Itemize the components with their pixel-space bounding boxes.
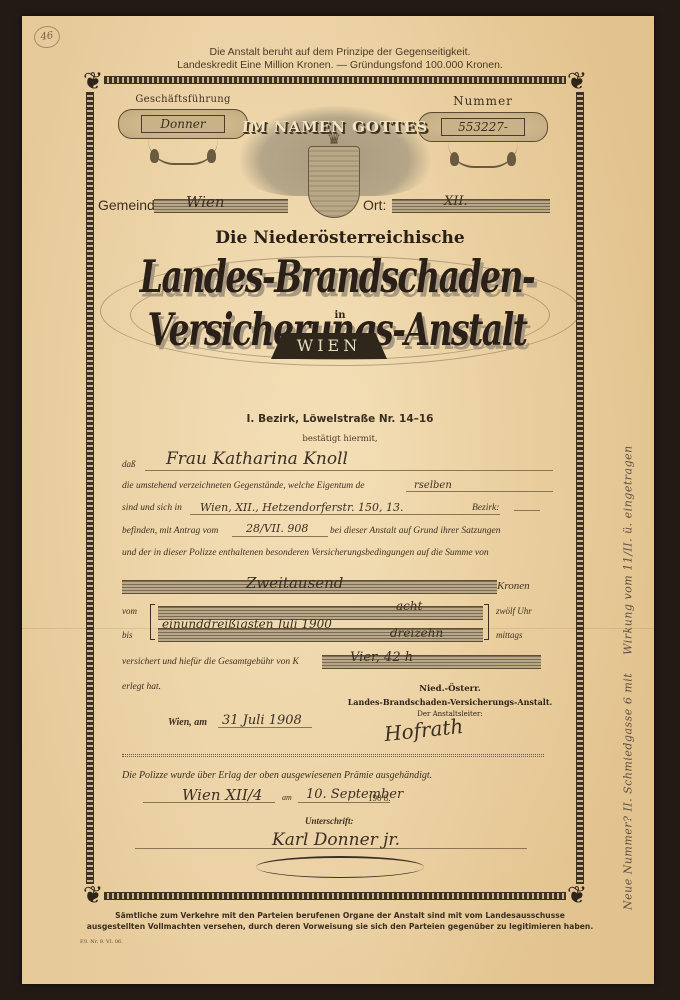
delivery-year: 190 8. xyxy=(368,793,391,803)
bracket-left xyxy=(150,604,155,640)
noon-label-2: mittags xyxy=(496,630,523,640)
fee-value: Vier, 42 h xyxy=(350,650,413,665)
cartouche-label: Nummer xyxy=(408,94,558,108)
corner-ornament-icon: ❦ xyxy=(80,68,106,94)
conditions-text: und der in dieser Polizze enthaltenen be… xyxy=(122,548,489,558)
ort-label: Ort: xyxy=(363,197,386,213)
bezirk-label: Bezirk: xyxy=(472,503,499,513)
frame-border-right xyxy=(576,92,584,884)
issue-place-label: Wien, am xyxy=(168,717,207,728)
tassel-ornament-icon xyxy=(148,139,218,165)
corner-ornament-icon: ❦ xyxy=(564,882,590,908)
ort-field xyxy=(392,199,550,213)
to-label: bis xyxy=(122,630,133,640)
bezirk-dash xyxy=(514,510,540,511)
corner-ornament-icon: ❦ xyxy=(564,68,590,94)
delivery-am-label: am xyxy=(282,793,292,802)
signature-label: Unterschrift: xyxy=(305,816,354,826)
cartouche-label: Geschäftsführung xyxy=(108,94,258,105)
frame-border-top xyxy=(104,76,566,84)
delivery-place: Wien XII/4 xyxy=(182,786,262,804)
paid-label: erlegt hat. xyxy=(122,682,161,692)
cartouche-box: 553227- xyxy=(418,112,548,142)
tassel-ornament-icon xyxy=(448,142,518,168)
form-code: F/I. Nr. 9. VI. 06. xyxy=(80,939,123,945)
dass-label: daß xyxy=(122,459,136,469)
located-label: sind und sich in xyxy=(122,503,182,513)
ort-value: XII. xyxy=(444,194,468,209)
confirmation-text: bestätigt hiermit, xyxy=(0,434,680,444)
institution-name-line-1: Die Niederösterreichische xyxy=(0,228,680,248)
frame-border-left xyxy=(86,92,94,884)
cartouche-management: Geschäftsführung Donner xyxy=(108,94,258,165)
bracket-right xyxy=(484,604,489,640)
period-hour-to: dreizehn xyxy=(390,626,443,640)
frame-border-bottom xyxy=(104,892,566,900)
customer-signature: Karl Donner jr. xyxy=(272,830,400,850)
margin-annotation: Neue Nummer? II. Schmiedgasse 6 mit Wirk… xyxy=(622,210,635,910)
issue-date: 31 Juli 1908 xyxy=(222,713,302,728)
gemeinde-value: Wien xyxy=(186,193,225,211)
policy-number: 553227- xyxy=(419,120,547,134)
application-date-line xyxy=(232,536,328,537)
cartouche-number: Nummer 553227- xyxy=(408,94,558,168)
from-label: vom xyxy=(122,606,137,616)
management-value: Donner xyxy=(119,117,247,131)
address: I. Bezirk, Löwelstraße Nr. 14–16 xyxy=(0,413,680,425)
owner-line xyxy=(406,491,553,492)
location-line xyxy=(190,514,500,515)
city-plate: WIEN xyxy=(271,333,387,359)
application-date: 28/VII. 908 xyxy=(246,522,308,535)
items-label: die umstehend verzeichneten Gegenstände,… xyxy=(122,481,364,491)
title-in: in xyxy=(0,310,680,321)
noon-label-1: zwölf Uhr xyxy=(496,606,532,616)
delivery-text: Die Polizze wurde über Erlag der oben au… xyxy=(122,770,432,781)
statutes-text: bei dieser Anstalt auf Grund ihrer Satzu… xyxy=(330,526,500,536)
signature-flourish xyxy=(256,856,424,878)
margin-annotation-part-1: Neue Nummer? II. Schmiedgasse 6 mit xyxy=(622,673,635,910)
margin-annotation-part-2: Wirkung vom 11/II. ü. eingetragen xyxy=(622,445,635,655)
application-date-label: befinden, mit Antrag vom xyxy=(122,526,218,536)
footer-line-2: ausgestellten Vollmachten versehen, durc… xyxy=(0,922,680,931)
header-line-1: Die Anstalt beruht auf dem Prinzipe der … xyxy=(0,46,680,58)
sum-unit: Kronen xyxy=(497,580,530,592)
footer-line-1: Sämtliche zum Verkehre mit den Parteien … xyxy=(0,911,680,920)
corner-ornament-icon: ❦ xyxy=(80,882,106,908)
period-hour-from: acht xyxy=(396,599,422,613)
location-value: Wien, XII., Hetzendorferstr. 150, 13. xyxy=(200,501,404,514)
shield-icon xyxy=(308,146,360,218)
fee-label: versichert und hiefür die Gesamtgebühr v… xyxy=(122,657,299,667)
separator-line xyxy=(122,754,544,757)
owner-value: rselben xyxy=(414,480,452,491)
insured-name: Frau Katharina Knoll xyxy=(166,449,348,469)
issuer-line-1: Nied.-Österr. xyxy=(360,684,540,694)
issuer-line-2: Landes-Brandschaden-Versicherungs-Anstal… xyxy=(330,697,570,707)
name-line xyxy=(145,470,553,471)
sum-value: Zweitausend xyxy=(246,574,343,592)
cartouche-box: Donner xyxy=(118,109,248,139)
